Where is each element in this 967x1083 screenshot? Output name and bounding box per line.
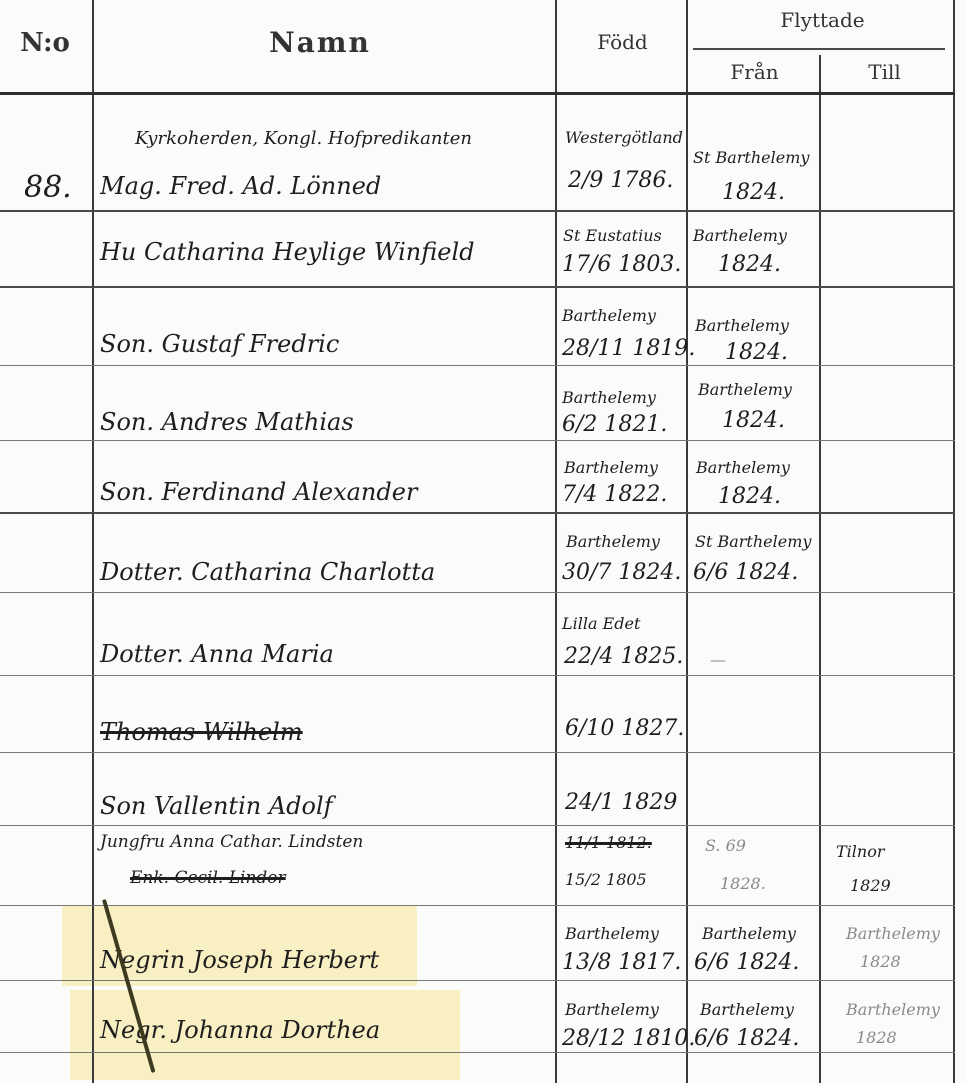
register-page: N:o Namn Född Flyttade Från Till 88. Kyr…	[0, 0, 967, 1083]
row-separator	[0, 512, 955, 514]
entry-born-date: 2/9 1786.	[568, 168, 673, 193]
entry-from-place: S. 69	[705, 836, 746, 855]
entry-born-place: Barthelemy	[564, 458, 658, 477]
entry-from-place: —	[710, 650, 726, 669]
entry-from-year: 1828.	[720, 874, 766, 893]
header-moved-to: Till	[822, 60, 947, 84]
entry-from-year: 1824.	[725, 340, 788, 365]
entry-to-place: Barthelemy	[846, 1000, 940, 1019]
entry-from-place: Barthelemy	[700, 1000, 794, 1019]
entry-to-place: Barthelemy	[846, 924, 940, 943]
entry-born-place: Barthelemy	[565, 924, 659, 943]
entry-born-date: 7/4 1822.	[562, 482, 667, 507]
entry-born-place: St Eustatius	[563, 226, 662, 245]
entry-name: Dotter. Catharina Charlotta	[100, 558, 435, 586]
entry-from-place: Barthelemy	[696, 458, 790, 477]
entry-name-highlighted: Negrin Joseph Herbert	[100, 946, 379, 974]
entry-born-date-2: 15/2 1805	[565, 870, 647, 889]
entry-born-place: Barthelemy	[565, 1000, 659, 1019]
entry-born-date: 30/7 1824.	[562, 560, 681, 585]
entry-to-year: 1828	[860, 952, 901, 971]
entry-from-year: 1824.	[722, 180, 785, 205]
entry-from-year: 6/6 1824.	[694, 950, 799, 975]
column-rule-name	[555, 0, 557, 1083]
row-separator	[0, 752, 955, 753]
entry-from-year: 1824.	[718, 484, 781, 509]
header-moved-from: Från	[692, 60, 817, 84]
entry-from-place: St Barthelemy	[693, 148, 809, 167]
column-rule-to	[953, 0, 955, 1083]
header-name: Namn	[200, 26, 440, 59]
entry-name-struck: Thomas Wilhelm	[100, 718, 303, 746]
entry-to-year: 1829	[850, 876, 891, 895]
entry-from-place: St Barthelemy	[695, 532, 811, 551]
entry-born-place: Westergötland	[565, 128, 683, 147]
entry-name: Dotter. Anna Maria	[100, 640, 334, 668]
header-bottom-rule	[0, 92, 955, 95]
entry-name: Hu Catharina Heylige Winfield	[100, 238, 475, 266]
header-moved: Flyttade	[700, 8, 945, 32]
entry-name: Jungfru Anna Cathar. Lindsten	[100, 832, 363, 852]
entry-name: Son. Ferdinand Alexander	[100, 478, 417, 506]
entry-name: Mag. Fred. Ad. Lönned	[100, 172, 381, 200]
entry-born-date: 17/6 1803.	[562, 252, 681, 277]
entry-from-place: Barthelemy	[693, 226, 787, 245]
header-born: Född	[560, 30, 685, 54]
entry-born-date: 11/1 1812.	[565, 833, 652, 852]
entry-born-date: 6/10 1827.	[565, 716, 684, 741]
row-separator	[0, 210, 955, 212]
row-separator	[0, 365, 955, 366]
row-separator	[0, 286, 955, 288]
entry-born-date: 28/11 1819.	[562, 336, 695, 361]
entry-born-date: 6/2 1821.	[562, 412, 667, 437]
row-separator	[0, 980, 955, 981]
entry-born-place: Lilla Edet	[562, 614, 640, 633]
entry-name: Son. Gustaf Fredric	[100, 330, 339, 358]
entry-from-year: 1824.	[722, 408, 785, 433]
entry-from-year: 1824.	[718, 252, 781, 277]
entry-born-date: 13/8 1817.	[562, 950, 681, 975]
row-separator	[0, 440, 955, 441]
entry-from-place: Barthelemy	[695, 316, 789, 335]
header-number: N:o	[10, 28, 80, 58]
entry-born-place: Barthelemy	[566, 532, 660, 551]
entry-name: Son Vallentin Adolf	[100, 792, 333, 820]
entry-born-date: 24/1 1829	[565, 790, 677, 815]
entry-title-line: Kyrkoherden, Kongl. Hofpredikanten	[135, 128, 472, 149]
entry-born-place: Barthelemy	[562, 306, 656, 325]
entry-sub-line: Enk. Cecil. Lindor	[130, 868, 286, 888]
entry-to-year: 1828	[856, 1028, 897, 1047]
entry-born-place: Barthelemy	[562, 388, 656, 407]
entry-from-place: Barthelemy	[702, 924, 796, 943]
column-rule-born	[686, 0, 688, 1083]
row-separator	[0, 1052, 955, 1053]
row-separator	[0, 592, 955, 593]
entry-from-year: 6/6 1824.	[693, 560, 798, 585]
row-separator	[0, 905, 955, 906]
entry-name: Son. Andres Mathias	[100, 408, 354, 436]
header-rule-flyttade	[693, 48, 945, 50]
entry-born-date: 22/4 1825.	[564, 644, 683, 669]
row-separator	[0, 825, 955, 826]
entry-from-place: Barthelemy	[698, 380, 792, 399]
column-rule-number	[92, 0, 94, 1083]
entry-born-date: 28/12 1810.	[562, 1026, 695, 1051]
entry-from-year: 6/6 1824.	[694, 1026, 799, 1051]
household-number: 88.	[24, 170, 72, 205]
row-separator	[0, 675, 955, 676]
entry-to-place: Tilnor	[836, 842, 885, 861]
